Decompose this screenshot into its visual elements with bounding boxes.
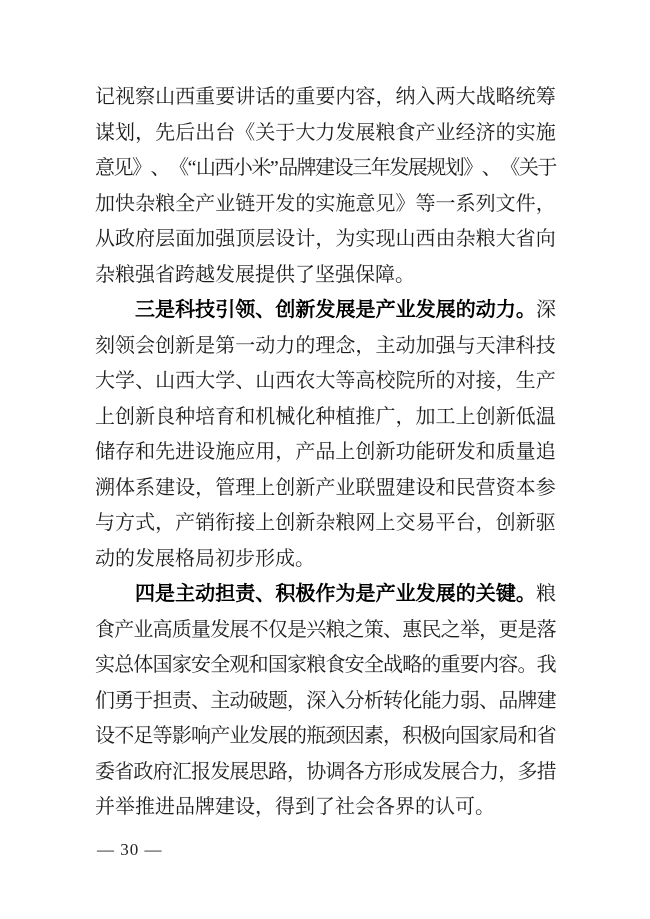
document-body: 记视察山西重要讲话的重要内容，纳入两大战略统筹谋划，先后出台《关于大力发展粮食产… xyxy=(95,80,556,826)
text-line: 设不足等影响产业发展的瓶颈因素，积极向国家局和省 xyxy=(95,719,556,755)
text-line: 与方式，产销衔接上创新杂粮网上交易平台，创新驱 xyxy=(95,506,556,542)
text-line: 委省政府汇报发展思路，协调各方形成发展合力，多措 xyxy=(95,755,556,791)
text-line: 食产业高质量发展不仅是兴粮之策、惠民之举，更是落 xyxy=(95,613,556,649)
text-line: 记视察山西重要讲话的重要内容，纳入两大战略统筹 xyxy=(95,80,556,116)
text-line: 意见》、《“山西小米”品牌建设三年发展规划》、《关于 xyxy=(95,151,556,187)
page-number: — 30 — xyxy=(97,840,163,860)
text-line: 实总体国家安全观和国家粮食安全战略的重要内容。我 xyxy=(95,648,556,684)
text-line: 加快杂粮全产业链开发的实施意见》等一系列文件， xyxy=(95,187,556,223)
text-line: 杂粮强省跨越发展提供了坚强保障。 xyxy=(95,258,556,294)
text-line: 溯体系建设，管理上创新产业联盟建设和民营资本参 xyxy=(95,471,556,507)
text-line: 大学、山西大学、山西农大等高校院所的对接，生产 xyxy=(95,364,556,400)
text-line: 从政府层面加强顶层设计，为实现山西由杂粮大省向 xyxy=(95,222,556,258)
text-line: 储存和先进设施应用，产品上创新功能研发和质量追 xyxy=(95,435,556,471)
text-line: 刻领会创新是第一动力的理念，主动加强与天津科技 xyxy=(95,329,556,365)
text-line: 三是科技引领、创新发展是产业发展的动力。深 xyxy=(95,293,556,329)
document-page: 记视察山西重要讲话的重要内容，纳入两大战略统筹谋划，先后出台《关于大力发展粮食产… xyxy=(0,0,650,919)
text-line: 动的发展格局初步形成。 xyxy=(95,542,556,578)
text-line: 并举推进品牌建设，得到了社会各界的认可。 xyxy=(95,790,556,826)
text-line: 上创新良种培育和机械化种植推广，加工上创新低温 xyxy=(95,400,556,436)
text-line: 谋划，先后出台《关于大力发展粮食产业经济的实施 xyxy=(95,116,556,152)
text-line: 四是主动担责、积极作为是产业发展的关键。粮 xyxy=(95,577,556,613)
text-line: 们勇于担责、主动破题，深入分析转化能力弱、品牌建 xyxy=(95,684,556,720)
